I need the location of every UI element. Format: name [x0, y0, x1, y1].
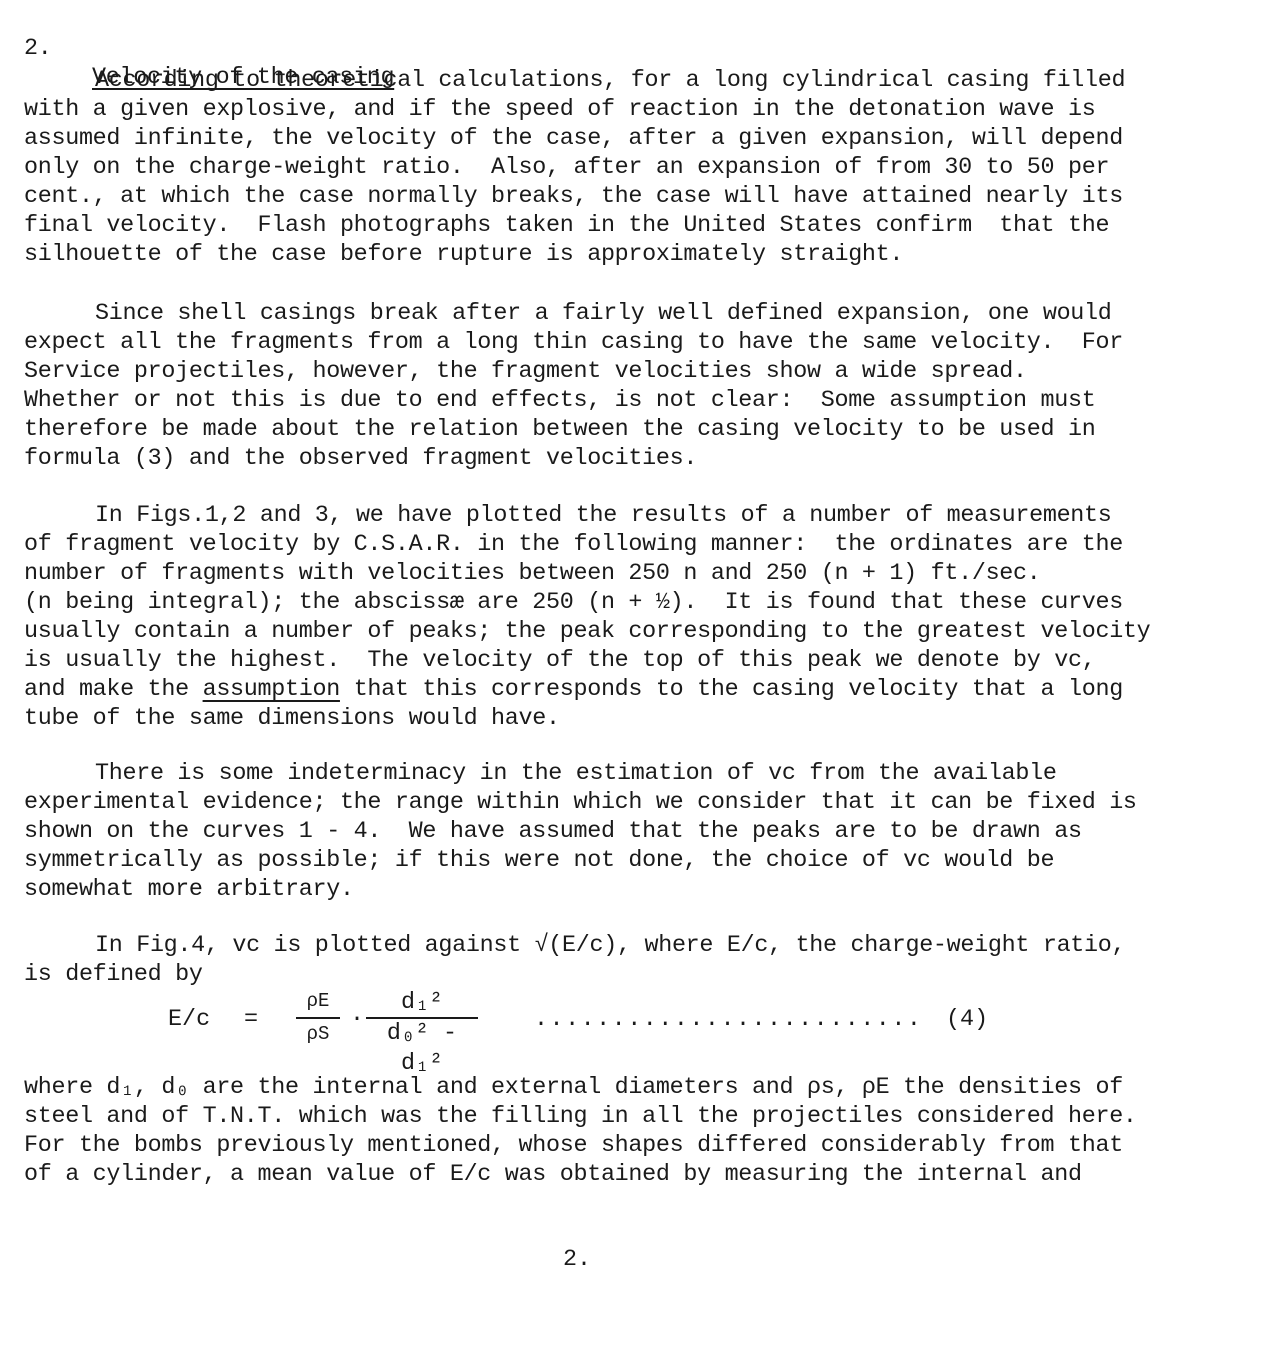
diameter-ratio-fraction: d₁² d₀² - d₁²	[366, 985, 478, 1079]
text-line: There is some indeterminacy in the estim…	[24, 760, 1137, 789]
text-line: assumed infinite, the velocity of the ca…	[24, 125, 1125, 154]
text-line: In Figs.1,2 and 3, we have plotted the r…	[24, 502, 1150, 531]
text-before-assumption: and make the	[24, 677, 203, 703]
paragraph-6: where d₁, d₀ are the internal and extern…	[24, 1074, 1137, 1190]
text-line: where d₁, d₀ are the internal and extern…	[24, 1074, 1137, 1103]
text-line: final velocity. Flash photographs taken …	[24, 212, 1125, 241]
text-line: therefore be made about the relation bet…	[24, 416, 1123, 445]
text-line: formula (3) and the observed fragment ve…	[24, 445, 1123, 474]
paragraph-4: There is some indeterminacy in the estim…	[24, 760, 1137, 905]
text-line: steel and of T.N.T. which was the fillin…	[24, 1103, 1137, 1132]
text-line: silhouette of the case before rupture is…	[24, 241, 1125, 270]
equation-4: E/c = ρE ρS · d₁² d₀² - d₁² ............…	[140, 985, 1000, 1065]
text-after-assumption: that this corresponds to the casing velo…	[340, 677, 1123, 703]
paragraph-3: In Figs.1,2 and 3, we have plotted the r…	[24, 502, 1150, 734]
text-line: tube of the same dimensions would have.	[24, 705, 1150, 734]
text-line: In Fig.4, vc is plotted against √(E/c), …	[24, 932, 1125, 961]
text-line: of fragment velocity by C.S.A.R. in the …	[24, 531, 1150, 560]
multiplication-dot: ·	[350, 1007, 364, 1033]
text-line: Since shell casings break after a fairly…	[24, 300, 1123, 329]
fraction-numerator: ρE	[290, 985, 346, 1017]
text-line-assumption: and make the assumption that this corres…	[24, 676, 1150, 705]
text-line: (n being integral); the abscissæ are 250…	[24, 589, 1150, 618]
text-line: expect all the fragments from a long thi…	[24, 329, 1123, 358]
equation-lhs: E/c	[168, 1007, 210, 1033]
text-line: number of fragments with velocities betw…	[24, 560, 1150, 589]
text-line: is usually the highest. The velocity of …	[24, 647, 1150, 676]
document-page: 2. Velocity of the casing According to t…	[0, 0, 1270, 1346]
text-line: symmetrically as possible; if this were …	[24, 847, 1137, 876]
text-line: of a cylinder, a mean value of E/c was o…	[24, 1161, 1137, 1190]
fraction-denominator: d₀² - d₁²	[366, 1019, 478, 1079]
fraction-numerator: d₁²	[366, 985, 478, 1017]
fraction-denominator: ρS	[290, 1019, 346, 1049]
text-line: cent., at which the case normally breaks…	[24, 183, 1125, 212]
text-line: Whether or not this is due to end effect…	[24, 387, 1123, 416]
text-line: experimental evidence; the range within …	[24, 789, 1137, 818]
paragraph-2: Since shell casings break after a fairly…	[24, 300, 1123, 474]
text-line: somewhat more arbitrary.	[24, 876, 1137, 905]
equation-equals: =	[244, 1007, 258, 1033]
density-ratio-fraction: ρE ρS	[290, 985, 346, 1049]
section-number: 2.	[24, 35, 51, 64]
underlined-word: assumption	[203, 677, 340, 703]
text-line: only on the charge-weight ratio. Also, a…	[24, 154, 1125, 183]
paragraph-1: According to theoretical calculations, f…	[24, 67, 1125, 270]
text-line: Service projectiles, however, the fragme…	[24, 358, 1123, 387]
equation-number: (4)	[946, 1007, 988, 1033]
text-line: For the bombs previously mentioned, whos…	[24, 1132, 1137, 1161]
text-line: usually contain a number of peaks; the p…	[24, 618, 1150, 647]
dot-leader: .........................	[534, 1007, 922, 1033]
text-line: with a given explosive, and if the speed…	[24, 96, 1125, 125]
text-line: shown on the curves 1 - 4. We have assum…	[24, 818, 1137, 847]
text-line: According to theoretical calculations, f…	[24, 67, 1125, 96]
page-number: 2.	[563, 1247, 591, 1273]
paragraph-5: In Fig.4, vc is plotted against √(E/c), …	[24, 932, 1125, 990]
